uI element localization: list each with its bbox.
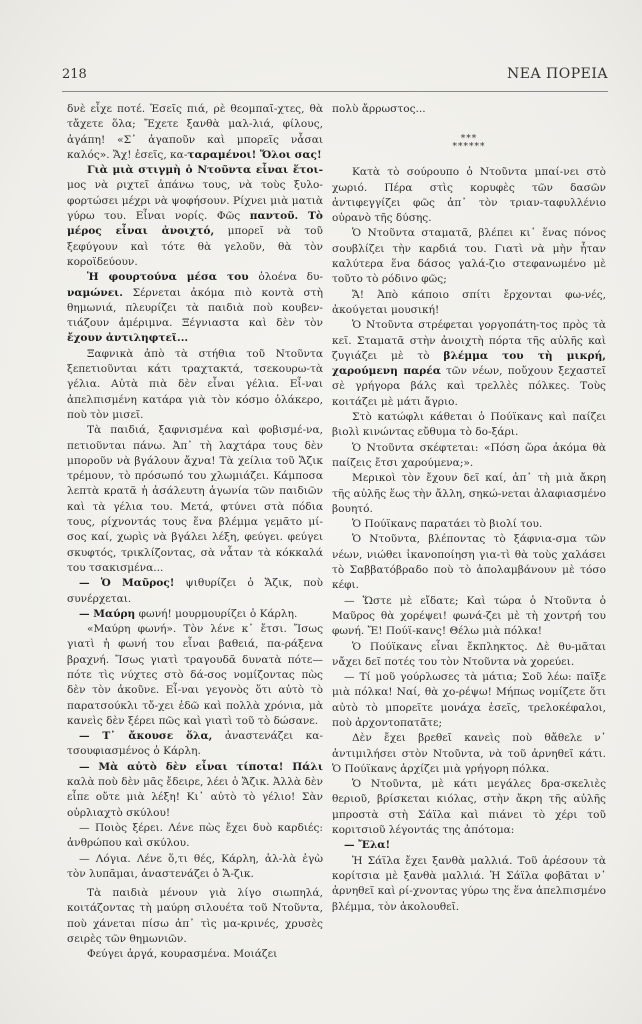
dialogue-paragraph: — Λόγια. Λένε ὅ,τι θές, Κάρλη, ἀλ-λὰ ἐγὼ… [67, 852, 323, 883]
right-column-top: πολὺ ἄρρωστος... [332, 102, 606, 117]
bold-text: Γιὰ μιὰ στιγμὴ ὁ Ντοῦντα εἶναι ἕτοι- [87, 164, 323, 176]
text: καλὰ ποὺ δὲν μᾶς ἔδειρε, λέει ὁ Ἄζικ. Ἀλ… [67, 776, 323, 819]
paragraph: Μερικοὶ τὸν ἔχουν δεῖ καί, ἀπ᾽ τὴ μιὰ ἄκ… [332, 471, 606, 517]
text: ὁλοένα δυ- [249, 271, 323, 283]
text: φωνή! μουρμουρίζει ὁ Κάρλη. [135, 608, 297, 620]
page-number: 218 [62, 67, 87, 82]
dialogue-paragraph: — Μαύρη φωνή! μουρμουρίζει ὁ Κάρλη. [67, 607, 323, 622]
text: Στὸ κατώφλι κάθεται ὁ Πούϊκανς καὶ παίζε… [332, 411, 606, 438]
right-column: πολὺ ἄρρωστος... *** ****** Κατὰ τὸ σούρ… [332, 102, 606, 915]
bold-text: ταραμένοι! Ὅλοι σας! [187, 149, 321, 161]
text: «Μαύρη φωνή». Τὸν λένε κ᾽ ἔτσι. Ἴσως για… [67, 623, 323, 727]
text: Τὰ παιδιά, ξαφνισμένα καὶ φοβισμέ-να, πε… [67, 424, 323, 574]
text: Ὁ Ντοῦντα σταματᾶ, βλέπει κι᾽ ἕνας πόνος… [332, 227, 606, 285]
book-page: 218 ΝΕΑ ΠΟΡΕΙΑ δνὲ εἶχε ποτέ. Ἐσεῖς πιά,… [0, 0, 642, 1024]
text: πολὺ ἄρρωστος... [332, 103, 426, 115]
text: Κατὰ τὸ σούρουπο ὁ Ντοῦντα μπαί-νει στὸ … [332, 166, 606, 224]
paragraph: Ὁ Πούϊκανς παρατάει τὸ βιολί του. [332, 517, 606, 532]
text: Μερικοὶ τὸν ἔχουν δεῖ καί, ἀπ᾽ τὴ μιὰ ἄκ… [332, 472, 606, 515]
right-column-body: Κατὰ τὸ σούρουπο ὁ Ντοῦντα μπαί-νει στὸ … [332, 165, 606, 915]
bold-text: ἔχουν ἀντιληφτεῖ... [67, 332, 188, 344]
paragraph: Δὲν ἔχει βρεθεῖ κανεὶς ποὺ θἄθελε ν᾽ ἀντ… [332, 731, 606, 777]
bold-text: ναμώνει. [67, 287, 123, 299]
bold-text: — Ὁ Μαῦρος! [79, 577, 174, 589]
dialogue-paragraph: — Ἔλα! [332, 838, 606, 853]
text: Ὁ Πούϊκανς εἶναι ἔκπληκτος. Δὲ θυ-μᾶται … [332, 641, 606, 668]
bold-text: — Τ᾽ ἄκουσε ὅλα, [79, 730, 212, 742]
text: — Ὥστε μὲ εἴδατε; Καὶ τώρα ὁ Ντοῦντα ὁ Μ… [332, 595, 606, 638]
text: Δὲν ἔχει βρεθεῖ κανεὶς ποὺ θἄθελε ν᾽ ἀντ… [332, 732, 606, 775]
dialogue-paragraph: — Ὥστε μὲ εἴδατε; Καὶ τώρα ὁ Ντοῦντα ὁ Μ… [332, 594, 606, 640]
text: Ὁ Ντοῦντα, βλέποντας τὸ ξάφνια-σμα τῶν ν… [332, 533, 606, 591]
bold-text: Ἡ φουρτούνα μέσα του [87, 271, 249, 283]
paragraph: Ὁ Ντοῦντα σκέφτεται: «Πόση ὥρα ἀκόμα θὰ … [332, 441, 606, 472]
text: Ὁ Ντοῦντα, μὲ κάτι μεγάλες δρα-σκελιὲς θ… [332, 778, 606, 836]
text: Ἡ Σάϊλα ἔχει ξανθὰ μαλλιά. Τοῦ ἀρέσουν τ… [332, 855, 606, 913]
page-header: 218 ΝΕΑ ΠΟΡΕΙΑ [62, 66, 608, 86]
paragraph: πολὺ ἄρρωστος... [332, 102, 606, 117]
paragraph: Ἄ! Ἀπὸ κάποιο σπίτι ἔρχονται φω-νές, ἀκο… [332, 288, 606, 319]
paragraph: Ὁ Ντοῦντα σταματᾶ, βλέπει κι᾽ ἕνας πόνος… [332, 226, 606, 287]
paragraph: δνὲ εἶχε ποτέ. Ἐσεῖς πιά, ρὲ θεομπαῖ-χτε… [67, 102, 323, 163]
bold-text: — Μὰ αὐτὸ δὲν εἶναι τίποτα! Πάλι [79, 761, 323, 773]
paragraph: Κατὰ τὸ σούρουπο ὁ Ντοῦντα μπαί-νει στὸ … [332, 165, 606, 226]
dialogue-paragraph: — Τ᾽ ἄκουσε ὅλα, ἀναστενάζει κα-τσουφιασ… [67, 729, 323, 760]
section-break-ornament: *** ****** [332, 135, 606, 151]
text: Φεύγει ἀργά, κουρασμένα. Μοιάζει [87, 948, 277, 960]
paragraph: Ἡ φουρτούνα μέσα του ὁλοένα δυ-ναμώνει. … [67, 270, 323, 346]
text: Ἄ! Ἀπὸ κάποιο σπίτι ἔρχονται φω-νές, ἀκο… [332, 289, 606, 316]
paragraph: Ὁ Πούϊκανς εἶναι ἔκπληκτος. Δὲ θυ-μᾶται … [332, 640, 606, 671]
paragraph: «Μαύρη φωνή». Τὸν λένε κ᾽ ἔτσι. Ἴσως για… [67, 622, 323, 729]
text: — Λόγια. Λένε ὅ,τι θές, Κάρλη, ἀλ-λὰ ἐγὼ… [67, 853, 323, 880]
dialogue-paragraph: — Μὰ αὐτὸ δὲν εἶναι τίποτα! Πάλι καλὰ πο… [67, 760, 323, 821]
paragraph: Φεύγει ἀργά, κουρασμένα. Μοιάζει [67, 947, 323, 962]
paragraph: Τὰ παιδιά, ξαφνισμένα καὶ φοβισμέ-να, πε… [67, 423, 323, 576]
text: — Τί μοῦ γούρλωσες τὰ μάτια; Σοῦ λέω: πα… [332, 671, 606, 729]
dialogue-paragraph: — Ὁ Μαῦρος! ψιθυρίζει ὁ Ἄζικ, ποὺ συνέρχ… [67, 576, 323, 607]
paragraph: Ὁ Ντοῦντα, βλέποντας τὸ ξάφνια-σμα τῶν ν… [332, 532, 606, 593]
paragraph: Ξαφνικὰ ἀπὸ τὰ στήθια τοῦ Ντοῦντα ξεπετι… [67, 347, 323, 423]
paragraph: Ὁ Ντοῦντα, μὲ κάτι μεγάλες δρα-σκελιὲς θ… [332, 777, 606, 838]
paragraph: Ὁ Ντοῦντα στρέφεται γοργοπάτη-τος πρὸς τ… [332, 318, 606, 410]
text: — Ποιὸς ξέρει. Λένε πὼς ἔχει δυὸ καρδιές… [67, 822, 323, 849]
paragraph: Γιὰ μιὰ στιγμὴ ὁ Ντοῦντα εἶναι ἕτοι- μος… [67, 163, 323, 270]
text: Ὁ Πούϊκανς παρατάει τὸ βιολί του. [352, 518, 542, 530]
left-column: δνὲ εἶχε ποτέ. Ἐσεῖς πιά, ρὲ θεομπαῖ-χτε… [67, 102, 323, 963]
text: Ξαφνικὰ ἀπὸ τὰ στήθια τοῦ Ντοῦντα ξεπετι… [67, 348, 323, 421]
paragraph: Στὸ κατώφλι κάθεται ὁ Πούϊκανς καὶ παίζε… [332, 410, 606, 441]
running-title: ΝΕΑ ΠΟΡΕΙΑ [507, 66, 608, 82]
bold-text: — Μαύρη [79, 608, 135, 620]
text: Ὁ Ντοῦντα σκέφτεται: «Πόση ὥρα ἀκόμα θὰ … [332, 442, 606, 469]
bold-text: — Ἔλα! [344, 839, 390, 851]
dialogue-paragraph: — Τί μοῦ γούρλωσες τὰ μάτια; Σοῦ λέω: πα… [332, 670, 606, 731]
paragraph: Ἡ Σάϊλα ἔχει ξανθὰ μαλλιά. Τοῦ ἀρέσουν τ… [332, 854, 606, 915]
header-rule [62, 91, 608, 92]
dialogue-paragraph: — Ποιὸς ξέρει. Λένε πὼς ἔχει δυὸ καρδιές… [67, 821, 323, 852]
text: Τὰ παιδιὰ μένουν γιὰ λίγο σιωπηλά, κοιτά… [67, 887, 323, 945]
asterism-bottom: ****** [332, 143, 606, 151]
paragraph: Τὰ παιδιὰ μένουν γιὰ λίγο σιωπηλά, κοιτά… [67, 886, 323, 947]
